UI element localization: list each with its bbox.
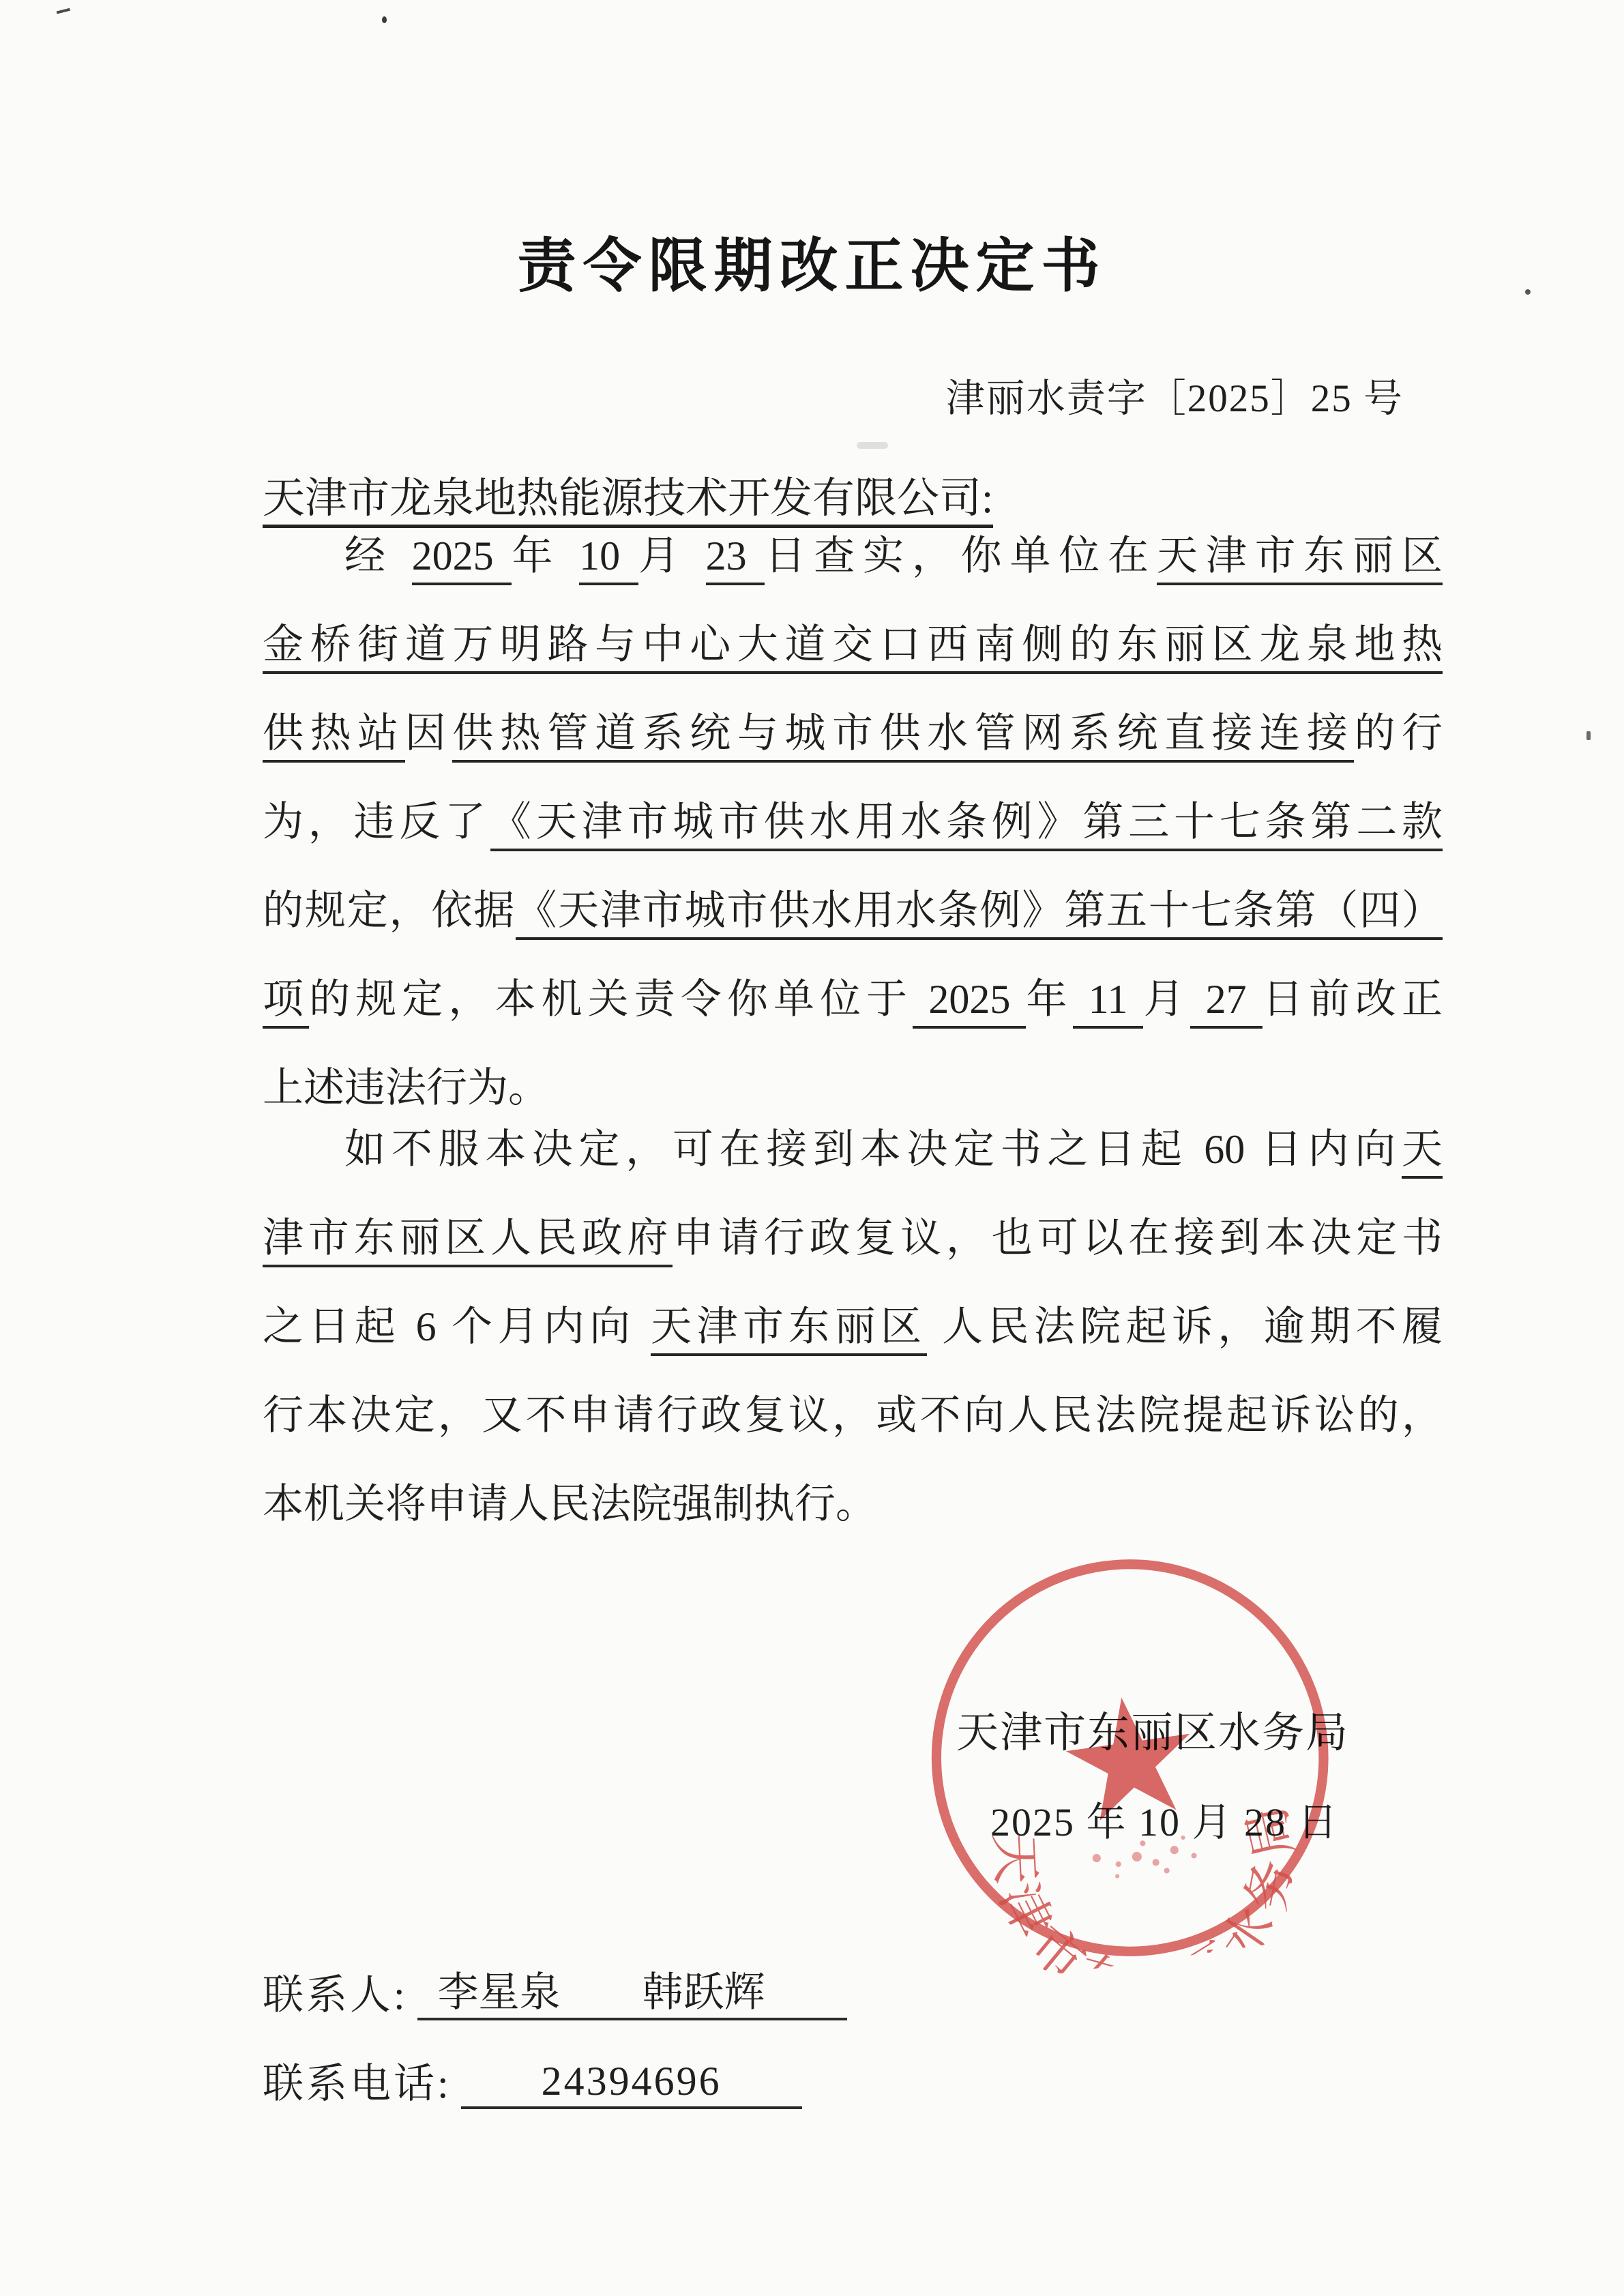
contact-person-label: 联系人: — [263, 1973, 408, 2018]
scanned-document-page: 责令限期改正决定书 津丽水责字［2025］25 号 天津市龙泉地热能源技术开发有… — [0, 0, 1624, 2296]
underlined-text: 项 — [263, 977, 309, 1029]
underlined-text: 2025 — [412, 533, 512, 585]
body-text: 之日起 6 个月内向 — [263, 1304, 651, 1349]
body-paragraph-2: 如不服本决定，可在接到本决定书之日起 60 日内向天津市东丽区人民政府申请行政复… — [263, 1105, 1443, 1548]
body-text: 日前改正 — [1263, 977, 1443, 1022]
scan-artifact — [382, 16, 387, 23]
body-text: 月 — [1143, 977, 1190, 1022]
underlined-text: 金桥街道万明路与中心大道交口西南侧的东丽区龙泉地热 — [263, 622, 1443, 674]
body-line: 经 2025 年 10 月 23 日查实，你单位在天津市东丽区 — [263, 512, 1443, 600]
body-text: 日查实，你单位在 — [765, 533, 1157, 578]
underlined-text: 供热管道系统与城市供水管网系统直接连接 — [452, 711, 1354, 763]
body-text: 上述违法行为。 — [263, 1065, 549, 1110]
underlined-text: 23 — [706, 533, 765, 585]
body-text: 本机关将申请人民法院强制执行。 — [263, 1482, 876, 1527]
document-title: 责令限期改正决定书 — [0, 232, 1624, 300]
underlined-text: 2025 — [913, 977, 1026, 1029]
body-line: 如不服本决定，可在接到本决定书之日起 60 日内向天 — [263, 1105, 1443, 1194]
contact-phone-number: 24394696 — [461, 2056, 802, 2109]
underlined-text: 11 — [1073, 977, 1144, 1029]
document-number: 津丽水责字［2025］25 号 — [946, 377, 1404, 422]
body-text: 经 — [344, 533, 412, 578]
body-text: 人民法院起诉，逾期不履 — [927, 1304, 1443, 1349]
body-text: 月 — [638, 533, 706, 578]
underlined-text: 《天津市城市供水用水条例》第五十七条第（四） — [516, 888, 1443, 940]
underlined-text: 《天津市城市供水用水条例》第三十七条第二款 — [490, 799, 1443, 851]
seal-ring — [911, 1540, 1348, 1977]
underlined-text: 天 — [1402, 1127, 1443, 1179]
body-text: 因 — [405, 711, 453, 756]
contact-person-row: 联系人:李星泉 韩跃辉 — [263, 1967, 847, 2020]
signature-date: 2025 年 10 月 28 日 — [990, 1799, 1339, 1846]
scan-artifact — [1586, 731, 1591, 740]
contact-phone-label: 联系电话: — [263, 2061, 452, 2106]
contact-phone-row: 联系电话:24394696 — [263, 2056, 802, 2109]
body-text: 申请行政复议，也可以在接到本决定书 — [673, 1216, 1443, 1261]
body-line: 供热站因供热管道系统与城市供水管网系统直接连接的行 — [263, 689, 1443, 778]
underlined-text: 27 — [1190, 977, 1263, 1029]
underlined-text: 天津市东丽区 — [1157, 533, 1443, 585]
body-line: 本机关将申请人民法院强制执行。 — [263, 1460, 1443, 1548]
body-line: 金桥街道万明路与中心大道交口西南侧的东丽区龙泉地热 — [263, 600, 1443, 689]
body-text: 如不服本决定，可在接到本决定书之日起 60 日内向 — [344, 1127, 1402, 1172]
body-line: 的规定，依据《天津市城市供水用水条例》第五十七条第（四） — [263, 866, 1443, 955]
body-text: 为，违反了 — [263, 799, 490, 844]
scan-artifact — [1525, 289, 1531, 295]
underlined-text: 天津市东丽区 — [651, 1304, 926, 1356]
body-line: 项的规定，本机关责令你单位于 2025 年 11 月 27 日前改正 — [263, 955, 1443, 1044]
body-text: 年 — [512, 533, 579, 578]
body-text: 年 — [1026, 977, 1072, 1022]
body-line: 为，违反了《天津市城市供水用水条例》第三十七条第二款 — [263, 778, 1443, 866]
body-line: 津市东丽区人民政府申请行政复议，也可以在接到本决定书 — [263, 1194, 1443, 1282]
body-line: 之日起 6 个月内向 天津市东丽区 人民法院起诉，逾期不履 — [263, 1282, 1443, 1371]
underlined-text: 10 — [579, 533, 638, 585]
body-text: 的行 — [1354, 711, 1443, 756]
scan-artifact — [57, 8, 72, 20]
contact-person-names: 李星泉 韩跃辉 — [417, 1967, 847, 2020]
body-text: 行本决定，又不申请行政复议，或不向人民法院提起诉讼的， — [263, 1393, 1443, 1438]
underlined-text: 供热站 — [263, 711, 405, 763]
body-text: 的规定，依据 — [263, 888, 516, 933]
body-paragraph-1: 经 2025 年 10 月 23 日查实，你单位在天津市东丽区金桥街道万明路与中… — [263, 512, 1443, 1132]
underlined-text: 津市东丽区人民政府 — [263, 1216, 673, 1267]
signature-agency: 天津市东丽区水务局 — [956, 1709, 1349, 1758]
body-line: 行本决定，又不申请行政复议，或不向人民法院提起诉讼的， — [263, 1371, 1443, 1460]
scan-artifact — [857, 442, 888, 449]
body-text: 的规定，本机关责令你单位于 — [309, 977, 913, 1022]
